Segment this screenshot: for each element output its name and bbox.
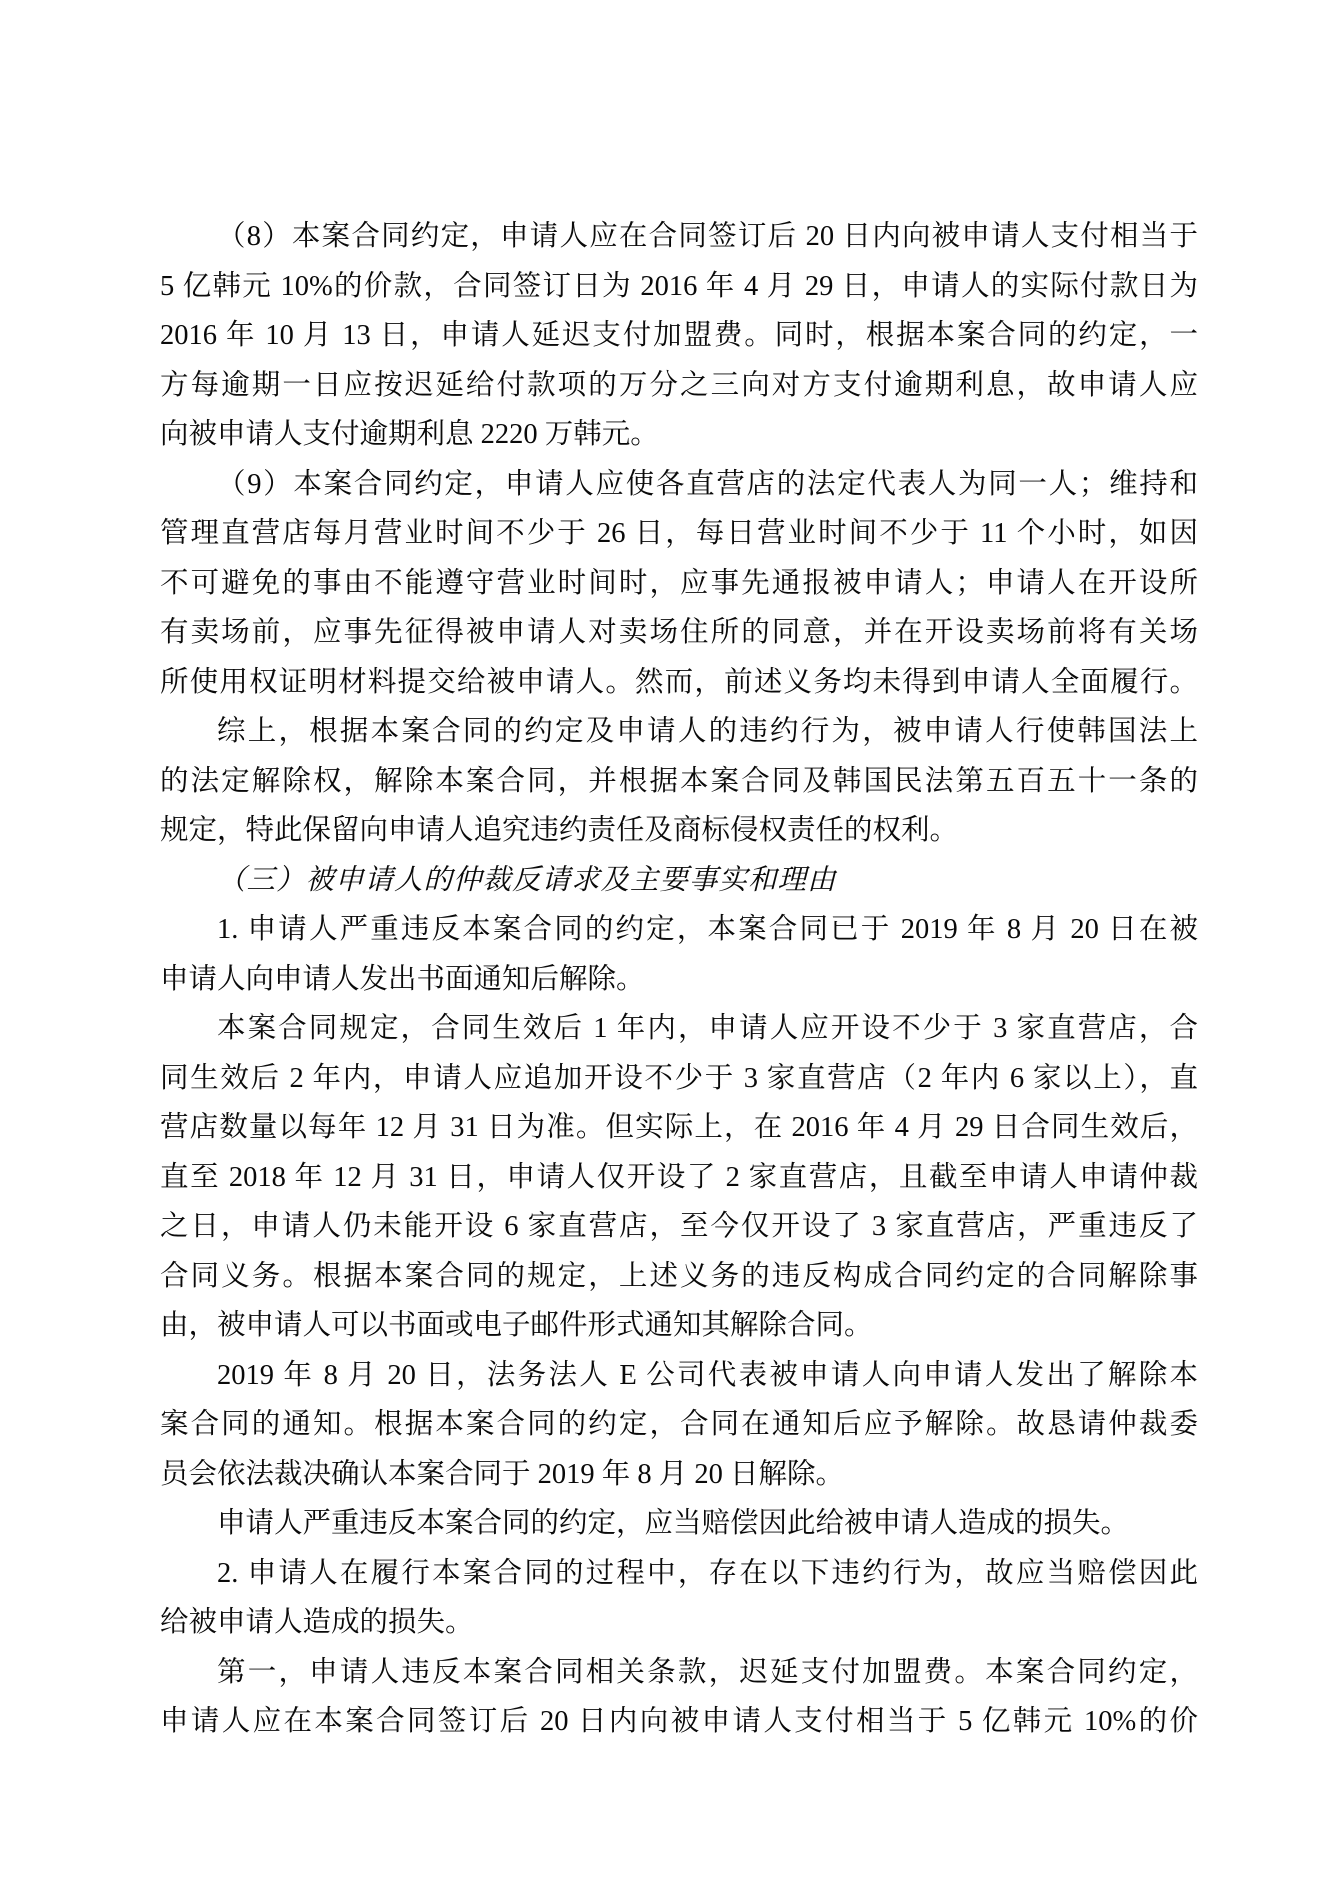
text-line: 同生效后 2 年内，申请人应追加开设不少于 3 家直营店（2 年内 6 家以上）… [160, 1054, 1198, 1104]
paragraph-summary-termination-right: 综上，根据本案合同的约定及申请人的违约行为，被申请人行使韩国法上的法定解除权，解… [160, 707, 1198, 856]
text-line: 申请人严重违反本案合同的约定，应当赔偿因此给被申请人造成的损失。 [160, 1499, 1198, 1549]
text-line: 本案合同规定，合同生效后 1 年内，申请人应开设不少于 3 家直营店，合 [160, 1004, 1198, 1054]
text-line: 1. 申请人严重违反本案合同的约定，本案合同已于 2019 年 8 月 20 日… [160, 905, 1198, 955]
text-line: 向被申请人支付逾期利息 2220 万韩元。 [160, 410, 1198, 460]
text-line: 申请人应在本案合同签订后 20 日内向被申请人支付相当于 5 亿韩元 10%的价 [160, 1697, 1198, 1747]
paragraph-counterclaim-1-contract-terminated: 1. 申请人严重违反本案合同的约定，本案合同已于 2019 年 8 月 20 日… [160, 905, 1198, 1004]
text-line: 2. 申请人在履行本案合同的过程中，存在以下违约行为，故应当赔偿因此 [160, 1549, 1198, 1599]
text-line: 之日，申请人仍未能开设 6 家直营店，至今仅开设了 3 家直营店，严重违反了 [160, 1202, 1198, 1252]
section-heading-text: （三）被申请人的仲裁反请求及主要事实和理由 [160, 856, 1198, 906]
paragraph-liability-for-losses: 申请人严重违反本案合同的约定，应当赔偿因此给被申请人造成的损失。 [160, 1499, 1198, 1549]
text-line: 由，被申请人可以书面或电子邮件形式通知其解除合同。 [160, 1301, 1198, 1351]
text-line: 综上，根据本案合同的约定及申请人的违约行为，被申请人行使韩国法上 [160, 707, 1198, 757]
text-line: 5 亿韩元 10%的价款，合同签订日为 2016 年 4 月 29 日，申请人的… [160, 262, 1198, 312]
paragraph-item-8-late-payment: （8）本案合同约定，申请人应在合同签订后 20 日内向被申请人支付相当于5 亿韩… [160, 212, 1198, 460]
text-line: 规定，特此保留向申请人追究违约责任及商标侵权责任的权利。 [160, 806, 1198, 856]
paragraph-termination-notice: 2019 年 8 月 20 日，法务法人 E 公司代表被申请人向申请人发出了解除… [160, 1351, 1198, 1500]
text-line: 合同义务。根据本案合同的规定，上述义务的违反构成合同约定的合同解除事 [160, 1252, 1198, 1302]
paragraph-counterclaim-2-breach-acts: 2. 申请人在履行本案合同的过程中，存在以下违约行为，故应当赔偿因此给被申请人造… [160, 1549, 1198, 1648]
text-line: 申请人向申请人发出书面通知后解除。 [160, 955, 1198, 1005]
text-line: 案合同的通知。根据本案合同的约定，合同在通知后应予解除。故恳请仲裁委 [160, 1400, 1198, 1450]
text-line: 2019 年 8 月 20 日，法务法人 E 公司代表被申请人向申请人发出了解除… [160, 1351, 1198, 1401]
section-heading-3-counterclaim: （三）被申请人的仲裁反请求及主要事实和理由 [160, 856, 1198, 906]
text-line: （8）本案合同约定，申请人应在合同签订后 20 日内向被申请人支付相当于 [160, 212, 1198, 262]
text-line: 2016 年 10 月 13 日，申请人延迟支付加盟费。同时，根据本案合同的约定… [160, 311, 1198, 361]
text-line: 方每逾期一日应按迟延给付款项的万分之三向对方支付逾期利息，故申请人应 [160, 361, 1198, 411]
text-line: 第一，申请人违反本案合同相关条款，迟延支付加盟费。本案合同约定， [160, 1648, 1198, 1698]
text-line: 不可避免的事由不能遵守营业时间时，应事先通报被申请人；申请人在开设所 [160, 559, 1198, 609]
text-line: 营店数量以每年 12 月 31 日为准。但实际上，在 2016 年 4 月 29… [160, 1103, 1198, 1153]
paragraph-store-opening-breach: 本案合同规定，合同生效后 1 年内，申请人应开设不少于 3 家直营店，合同生效后… [160, 1004, 1198, 1351]
text-line: 管理直营店每月营业时间不少于 26 日，每日营业时间不少于 11 个小时，如因 [160, 509, 1198, 559]
document-body: （8）本案合同约定，申请人应在合同签订后 20 日内向被申请人支付相当于5 亿韩… [160, 212, 1198, 1747]
text-line: 直至 2018 年 12 月 31 日，申请人仅开设了 2 家直营店，且截至申请… [160, 1153, 1198, 1203]
paragraph-item-9-store-obligations: （9）本案合同约定，申请人应使各直营店的法定代表人为同一人；维持和管理直营店每月… [160, 460, 1198, 708]
text-line: 所使用权证明材料提交给被申请人。然而，前述义务均未得到申请人全面履行。 [160, 658, 1198, 708]
text-line: （9）本案合同约定，申请人应使各直营店的法定代表人为同一人；维持和 [160, 460, 1198, 510]
text-line: 给被申请人造成的损失。 [160, 1598, 1198, 1648]
text-line: 的法定解除权，解除本案合同，并根据本案合同及韩国民法第五百五十一条的 [160, 757, 1198, 807]
text-line: 有卖场前，应事先征得被申请人对卖场住所的同意，并在开设卖场前将有关场 [160, 608, 1198, 658]
paragraph-first-breach-late-franchise-fee: 第一，申请人违反本案合同相关条款，迟延支付加盟费。本案合同约定，申请人应在本案合… [160, 1648, 1198, 1747]
text-line: 员会依法裁决确认本案合同于 2019 年 8 月 20 日解除。 [160, 1450, 1198, 1500]
document-page: （8）本案合同约定，申请人应在合同签订后 20 日内向被申请人支付相当于5 亿韩… [0, 0, 1339, 1890]
